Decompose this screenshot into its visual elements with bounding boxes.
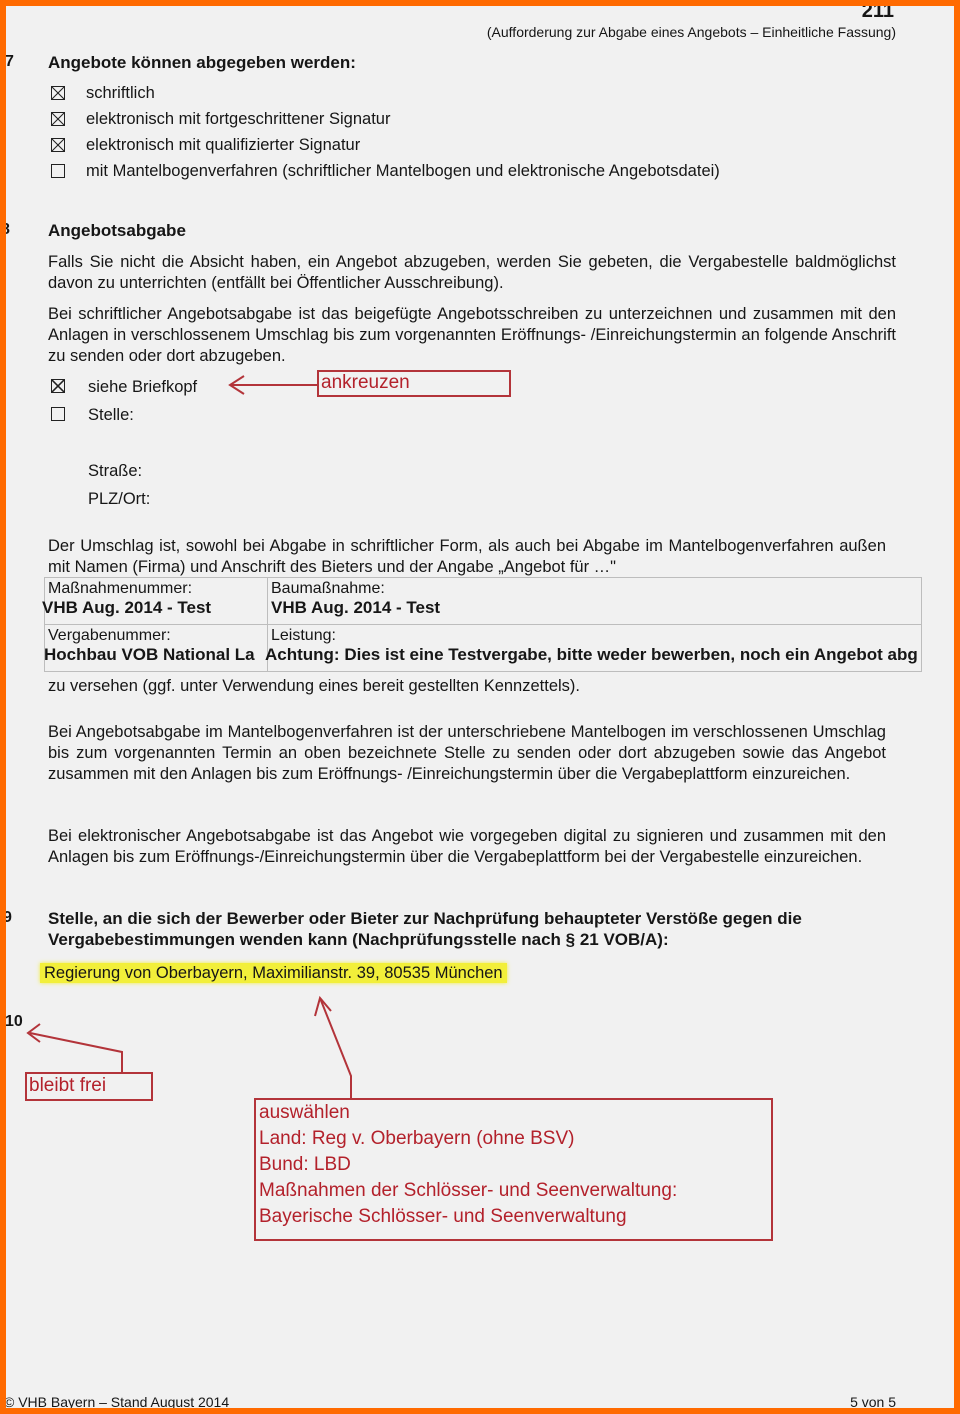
section-7-title: Angebote können abgegeben werden: xyxy=(48,53,356,73)
highlighted-address: Regierung von Oberbayern, Maximilianstr.… xyxy=(40,963,507,983)
section-9-number: 9 xyxy=(6,909,12,927)
address-option-label: Stelle: xyxy=(88,406,134,425)
checkbox-fortgeschrittene-signatur[interactable] xyxy=(51,112,65,126)
section-10-number: 10 xyxy=(6,1013,23,1031)
paragraph-envelope-continued: zu versehen (ggf. unter Verwendung eines… xyxy=(48,676,896,697)
option-label: mit Mantelbogenverfahren (schriftlicher … xyxy=(86,162,720,181)
annotation-line: Bund: LBD xyxy=(259,1154,351,1176)
checkbox-qualifizierte-signatur[interactable] xyxy=(51,138,65,152)
annotation-ankreuzen-box: ankreuzen xyxy=(317,370,511,397)
footer-page-count: 5 von 5 xyxy=(850,1394,896,1408)
cell-value: Achtung: Dies ist eine Testvergabe, bitt… xyxy=(265,645,918,665)
project-info-table: Maßnahmenummer: VHB Aug. 2014 - Test Bau… xyxy=(44,577,922,672)
annotation-line: Bayerische Schlösser- und Seenverwaltung xyxy=(259,1206,627,1228)
option-label: elektronisch mit qualifizierter Signatur xyxy=(86,136,360,155)
document-subtitle: (Aufforderung zur Abgabe eines Angebots … xyxy=(487,24,896,40)
annotation-ankreuzen: ankreuzen xyxy=(321,372,410,394)
table-row: Maßnahmenummer: VHB Aug. 2014 - Test Bau… xyxy=(45,578,922,625)
option-label: elektronisch mit fortgeschrittener Signa… xyxy=(86,110,390,129)
address-option-label: siehe Briefkopf xyxy=(88,378,197,397)
cell-value: VHB Aug. 2014 - Test xyxy=(42,598,264,618)
section-7-number: 7 xyxy=(6,53,14,71)
checkbox-siehe-briefkopf[interactable] xyxy=(51,379,65,393)
annotation-bleibt-frei: bleibt frei xyxy=(29,1075,106,1097)
checkbox-mantelbogenverfahren[interactable] xyxy=(51,164,65,178)
annotation-line: Land: Reg v. Oberbayern (ohne BSV) xyxy=(259,1128,574,1150)
table-cell: Baumaßnahme: VHB Aug. 2014 - Test xyxy=(268,578,922,625)
annotation-auswaehlen-box: auswählen Land: Reg v. Oberbayern (ohne … xyxy=(254,1098,773,1241)
paragraph-electronic-submission: Bei elektronischer Angebotsabgabe ist da… xyxy=(48,826,886,868)
footer-copyright: © VHB Bayern – Stand August 2014 xyxy=(6,1394,229,1408)
checkbox-stelle[interactable] xyxy=(51,407,65,421)
paragraph-no-offer-notice: Falls Sie nicht die Absicht haben, ein A… xyxy=(48,252,896,294)
cell-label: Baumaßnahme: xyxy=(271,580,918,598)
section-8-number: 8 xyxy=(6,221,10,239)
section-8-title: Angebotsabgabe xyxy=(48,221,186,241)
table-cell: Vergabenummer: Hochbau VOB National La xyxy=(45,625,268,672)
cell-label: Maßnahmenummer: xyxy=(48,580,264,598)
checkbox-schriftlich[interactable] xyxy=(51,86,65,100)
city-label: PLZ/Ort: xyxy=(88,490,150,509)
cell-label: Vergabenummer: xyxy=(48,627,264,645)
annotation-line: Maßnahmen der Schlösser- und Seenverwalt… xyxy=(259,1180,677,1202)
paragraph-written-submission: Bei schriftlicher Angebotsabgabe ist das… xyxy=(48,304,896,366)
annotation-line: auswählen xyxy=(259,1102,350,1124)
paragraph-mantelbogen-submission: Bei Angebotsabgabe im Mantelbogenverfahr… xyxy=(48,722,886,784)
table-cell: Leistung: Achtung: Dies ist eine Testver… xyxy=(268,625,922,672)
document-page: 211 (Aufforderung zur Abgabe eines Angeb… xyxy=(6,6,954,1408)
section-9-title-line2: Vergabebestimmungen wenden kann (Nachprü… xyxy=(48,930,669,950)
section-9-title-line1: Stelle, an die sich der Bewerber oder Bi… xyxy=(48,909,802,929)
table-row: Vergabenummer: Hochbau VOB National La L… xyxy=(45,625,922,672)
table-cell: Maßnahmenummer: VHB Aug. 2014 - Test xyxy=(45,578,268,625)
street-label: Straße: xyxy=(88,462,142,481)
page-number: 211 xyxy=(862,6,894,23)
option-label: schriftlich xyxy=(86,84,155,103)
annotation-bleibt-frei-box: bleibt frei xyxy=(25,1072,153,1101)
cell-value: VHB Aug. 2014 - Test xyxy=(271,598,918,618)
paragraph-envelope: Der Umschlag ist, sowohl bei Abgabe in s… xyxy=(48,536,886,578)
review-authority-address: Regierung von Oberbayern, Maximilianstr.… xyxy=(40,964,507,983)
cell-label: Leistung: xyxy=(271,627,918,645)
cell-value: Hochbau VOB National La xyxy=(44,645,264,665)
